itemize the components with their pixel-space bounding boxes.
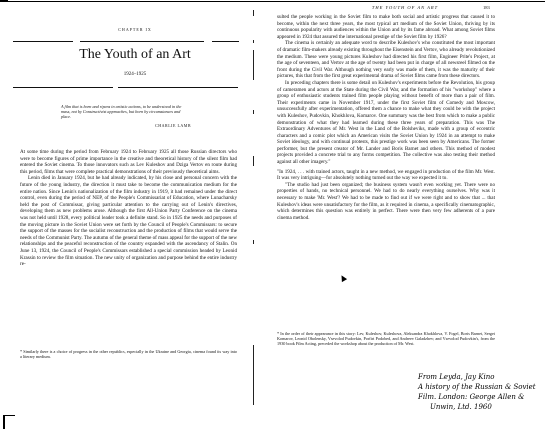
chapter-label: CHAPTER IX: [0, 27, 270, 32]
paragraph: At some time during the period from Febr…: [20, 149, 237, 175]
scan-corner-mark: [3, 415, 15, 429]
page-gutter: [253, 0, 254, 429]
paragraph: "In 1924, . . . with trained actors, tau…: [277, 169, 495, 182]
handwriting-line: Film. London: George Allen &: [418, 392, 548, 402]
handwriting-line: From Leyda, Jay Kino: [418, 372, 548, 382]
paragraph: sulted the people working in the Soviet …: [277, 14, 495, 40]
right-page: THE YOUTH OF AN ART 183 sulted the peopl…: [275, 0, 550, 429]
title-rule-bottom-left: [13, 87, 113, 88]
title-rule-bottom-right: [118, 87, 238, 88]
left-page: CHAPTER IX The Youth of an Art 1924–1925…: [0, 0, 270, 429]
chapter-title: The Youth of an Art: [0, 47, 270, 63]
paragraph: The cinema is certainly an adequate word…: [277, 40, 495, 80]
title-rule-top-mid: [80, 41, 204, 42]
page-number: 183: [483, 5, 490, 10]
left-body-text: At some time during the period from Febr…: [20, 149, 237, 268]
title-rule-top-left: [13, 41, 73, 42]
right-body-text: sulted the people working in the Soviet …: [277, 14, 495, 221]
paragraph: Lenin died in January 1924, but he had a…: [20, 175, 237, 267]
left-footnote: * Similarly there is a choice of progres…: [20, 349, 237, 359]
paragraph: "The studio had just been organized; the…: [277, 182, 495, 222]
right-footnote: * In the order of their appearance in th…: [277, 331, 495, 347]
paragraph: In preceding chapters there is some deta…: [277, 80, 495, 166]
handwritten-citation: From Leyda, Jay Kino A history of the Ru…: [418, 372, 548, 412]
handwriting-line: A history of the Russian & Soviet: [418, 382, 548, 392]
epigraph: A film that is born and ripens in artist…: [61, 104, 191, 120]
running-head: THE YOUTH OF AN ART: [335, 5, 475, 10]
handwriting-line: Unwin, Ltd. 1960: [418, 402, 548, 412]
epigraph-author: CHARLIE LAMB: [130, 123, 191, 128]
title-rule-top-right: [212, 41, 239, 42]
chapter-dates: 1924–1925: [0, 72, 270, 77]
